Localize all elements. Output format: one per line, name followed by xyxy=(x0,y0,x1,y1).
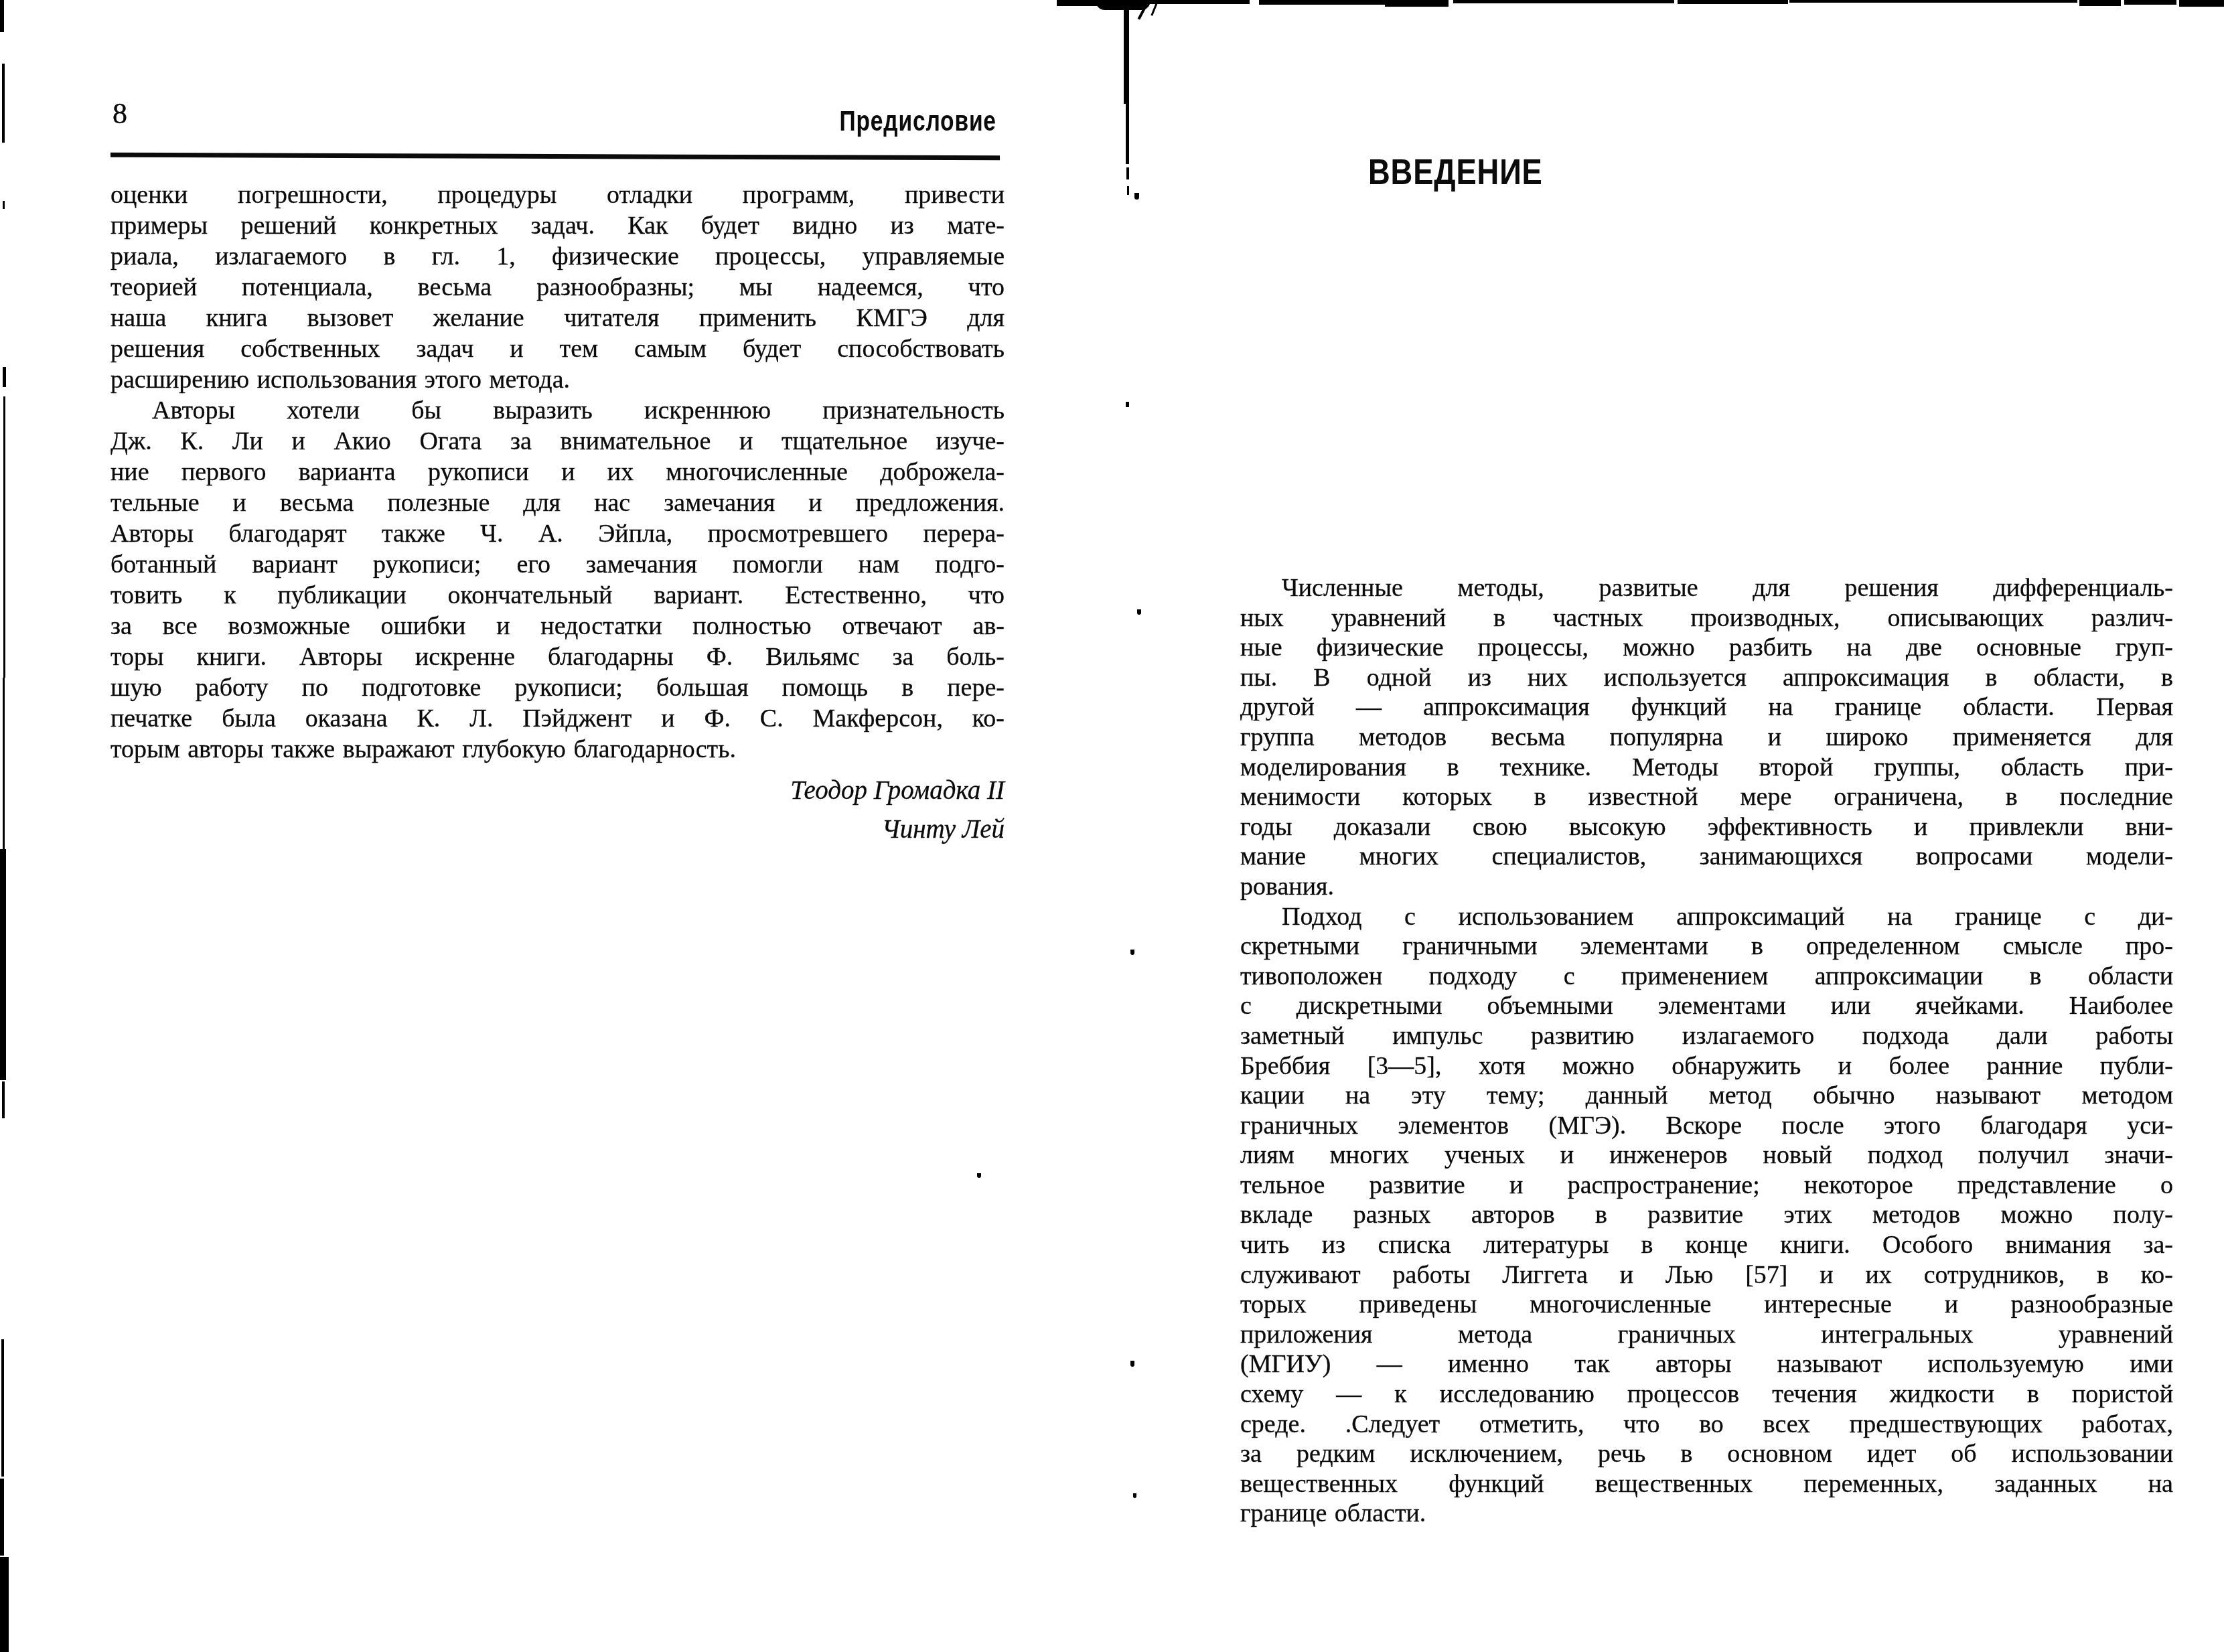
scan-artifact xyxy=(1130,950,1134,955)
text-line: тивоположен подходу с применением аппрок… xyxy=(1240,962,2173,992)
text-line: границе области. xyxy=(1240,1499,2173,1529)
text-line: торых приведены многочисленные интересны… xyxy=(1240,1290,2173,1320)
introduction-text-column: Численные методы, развитые для решения д… xyxy=(1240,573,2173,1529)
text-line: рования. xyxy=(1240,872,2173,902)
text-line: скретными граничными элементами в опреде… xyxy=(1240,931,2173,962)
scan-artifact xyxy=(1130,1361,1134,1367)
chapter-title: ВВЕДЕНИЕ xyxy=(1368,154,1576,190)
scan-artifact xyxy=(2124,0,2176,5)
text-line: годы доказали свою высокую эффективность… xyxy=(1240,812,2173,842)
text-line: мание многих специалистов, занимающихся … xyxy=(1240,842,2173,872)
scan-artifact xyxy=(1057,0,1098,6)
scan-artifact xyxy=(0,849,6,1080)
scan-artifact xyxy=(2,64,5,143)
scan-artifact xyxy=(1678,0,1788,4)
right-page: ВВЕДЕНИЕ Численные методы, развитые для … xyxy=(0,0,2224,1652)
text-line: граничных элементов (МГЭ). Вскоре после … xyxy=(1240,1111,2173,1141)
text-line: моделирования в технике. Методы второй г… xyxy=(1240,753,2173,783)
scan-artifact xyxy=(0,1479,4,1556)
text-line: приложения метода граничных интегральных… xyxy=(1240,1320,2173,1350)
text-line: Подход с использованием аппроксимаций на… xyxy=(1240,902,2173,932)
text-line: схему — к исследованию процессов течения… xyxy=(1240,1379,2173,1410)
text-line: лиям многих ученых и инженеров новый под… xyxy=(1240,1140,2173,1171)
scan-artifact xyxy=(0,1557,9,1652)
text-line: пы. В одной из них используется аппрокси… xyxy=(1240,663,2173,693)
scan-artifact xyxy=(1126,402,1129,407)
scan-artifact xyxy=(977,1173,981,1178)
scan-artifact xyxy=(1385,0,1449,7)
scan-artifact xyxy=(1453,0,1674,3)
text-line: ные физические процессы, можно разбить н… xyxy=(1240,633,2173,663)
scan-artifact xyxy=(1126,100,1129,164)
text-line: служивают работы Лиггета и Лью [57] и их… xyxy=(1240,1260,2173,1290)
text-line: заметный импульс развитию излагаемого по… xyxy=(1240,1021,2173,1051)
scan-artifact xyxy=(1133,1493,1136,1498)
text-line: ных уравнений в частных производных, опи… xyxy=(1240,603,2173,633)
text-line: группа методов весьма популярна и широко… xyxy=(1240,723,2173,753)
scan-artifact xyxy=(0,0,4,32)
paragraph: Подход с использованием аппроксимаций на… xyxy=(1240,902,2173,1529)
text-line: Бреббия [3—5], хотя можно обнаружить и б… xyxy=(1240,1051,2173,1081)
scan-artifact xyxy=(1789,0,2077,3)
scan-artifact xyxy=(1134,193,1139,200)
scan-artifact xyxy=(1126,167,1129,179)
scan-artifact xyxy=(1259,0,1386,5)
scan-artifact xyxy=(1137,609,1141,615)
text-line: чить из списка литературы в конце книги.… xyxy=(1240,1230,2173,1260)
text-line: кации на эту тему; данный метод обычно н… xyxy=(1240,1081,2173,1111)
book-spread-scan: 8 Предисловие оценки погрешности, процед… xyxy=(0,0,2224,1652)
text-line: менимости которых в известной мере огран… xyxy=(1240,782,2173,812)
scan-artifact xyxy=(3,201,5,209)
text-line: за редким исключением, речь в основном и… xyxy=(1240,1439,2173,1469)
text-line: (МГИУ) — именно так авторы называют испо… xyxy=(1240,1349,2173,1379)
text-line: Численные методы, развитые для решения д… xyxy=(1240,573,2173,603)
scan-artifact xyxy=(2,1081,5,1118)
scan-artifact xyxy=(1,1339,4,1477)
scan-artifact xyxy=(2179,0,2224,7)
chapter-title-label: ВВЕДЕНИЕ xyxy=(1368,154,1543,190)
text-line: среде. .Следует отметить, что во всех пр… xyxy=(1240,1410,2173,1440)
scan-artifact xyxy=(3,367,6,387)
scan-artifact xyxy=(1149,0,1250,4)
text-line: другой — аппроксимация функций на границ… xyxy=(1240,692,2173,723)
text-line: с дискретными объемными элементами или я… xyxy=(1240,991,2173,1021)
scan-artifact xyxy=(2079,0,2121,6)
scan-artifact xyxy=(3,678,5,850)
text-line: вкладе разных авторов в развитие этих ме… xyxy=(1240,1200,2173,1230)
text-line: вещественных функций вещественных переме… xyxy=(1240,1469,2173,1499)
scan-artifact xyxy=(1127,186,1129,195)
text-line: тельное развитие и распространение; неко… xyxy=(1240,1171,2173,1201)
scan-artifact xyxy=(1124,7,1129,104)
paragraph: Численные методы, развитые для решения д… xyxy=(1240,573,2173,902)
scan-artifact xyxy=(3,396,5,678)
